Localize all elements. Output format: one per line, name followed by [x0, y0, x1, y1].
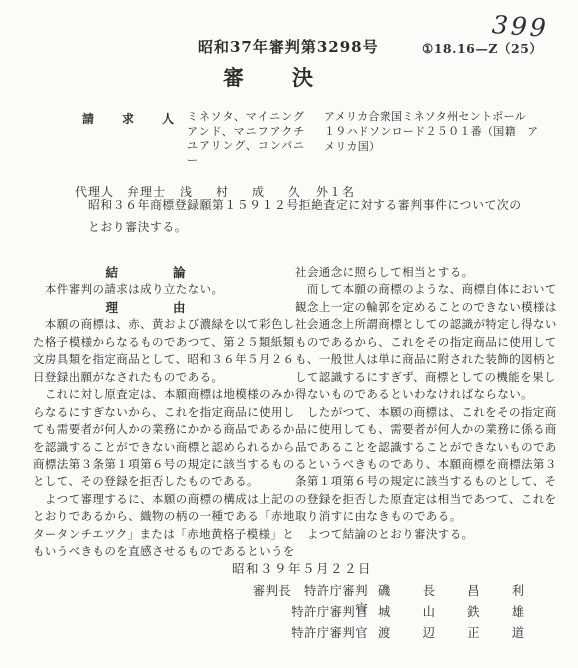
case-number: 昭和37年審判第3298号 — [198, 36, 379, 57]
text-line: 取り消すに由なきものである。 — [295, 508, 571, 525]
claimant-address: アメリカ合衆国ミネソタ州セントポール１９ハドソンロード２５０１番（国籍 アメリカ… — [324, 110, 564, 154]
text-line: したがつて、本願の商標は、これをその指定商 — [295, 404, 571, 421]
text-line: よつて審理するに、本願の商標の構成は上記の — [33, 491, 287, 508]
text-line: 品であることを認識することができないものであ — [295, 439, 571, 456]
signer-name: 渡 辺 正 道 — [378, 623, 534, 641]
signer-row: 特許庁審判官 城 山 鉄 雄 — [248, 602, 534, 623]
decision-document-page: 昭和37年審判第3298号 399 ①18.16—Z（25） 審 決 請 求 人… — [0, 0, 578, 668]
text-line: 品に使用しても、需要者が何人かの業務に係る商 — [295, 421, 571, 438]
text-line: とおりであるから、織物の柄の一種である「赤地 — [33, 508, 287, 525]
text-line: た格子模様からなるものであつて、第２５類紙類 — [33, 334, 287, 351]
signer-row: 審判長 特許庁審判官 磯 長 昌 利 — [248, 581, 534, 602]
text-line: らなるにすぎないから、これを指定商品に使用し — [33, 404, 287, 421]
text-line: 得ないものであるといわなければならない。 — [295, 386, 571, 403]
body-left-column: 結 論 本件審判の請求は成り立たない。 理 由 本願の商標は、赤、黄および濃緑を… — [33, 264, 287, 561]
claimant-label: 請 求 人 — [82, 110, 182, 127]
text-line: 社会通念上所謂商標としての認識が特定し得ない — [295, 316, 571, 333]
text-line: として、その登録を拒否したものである。 — [33, 473, 287, 490]
text-line: よつて結論のとおり審決する。 — [295, 526, 571, 543]
signer-name: 城 山 鉄 雄 — [378, 602, 534, 620]
conclusion-heading: 結 論 — [33, 264, 287, 281]
body-right-column: 社会通念に照らして相当とする。 而して本願の商標のような、商標自体において観念上… — [295, 264, 571, 543]
text-line: 商標法第３条第１項第６号の規定に該当するもの — [33, 456, 287, 473]
document-title: 審 決 — [0, 62, 538, 92]
text-line: １９ハドソンロード２５０１番（国籍 ア — [324, 125, 564, 140]
text-line: も、一般世人は単に商品に附された装飾的図柄と — [295, 351, 571, 368]
reason-text-left: 本願の商標は、赤、黄および濃緑を以て彩色した格子模様からなるものであつて、第２５… — [33, 316, 287, 560]
text-line: して認識するにすぎず、商標としての機能を果し — [295, 369, 571, 386]
text-line: 条第１項第６号の規定に該当するものとして、そ — [295, 473, 571, 490]
text-line: 観念上一定の輪郭を定めることのできない模様は — [295, 299, 571, 316]
text-line: ー — [187, 154, 322, 169]
text-line: 文房具類を指定商品として、昭和３６年５月２６ — [33, 351, 287, 368]
text-line: ミネソタ、マイニング — [187, 110, 322, 125]
text-line: メリカ国） — [324, 140, 564, 155]
signer-name: 磯 長 昌 利 — [378, 581, 534, 599]
conclusion-line: 本件審判の請求は成り立たない。 — [33, 281, 287, 298]
signer-role: 特許庁審判官 — [248, 602, 368, 620]
text-line: 昭和３６年商標登録願第１５９１２号拒絶査定に対する審判事件について次の — [88, 195, 538, 217]
text-line: の登録を拒否した原査定は相当であつて、これを — [295, 491, 571, 508]
text-line: これに対し原査定は、本願商標は地模様のみか — [33, 386, 287, 403]
reason-heading: 理 由 — [33, 299, 287, 316]
text-line: るというべきものであり、本願商標を商標法第３ — [295, 456, 571, 473]
text-line: 社会通念に照らして相当とする。 — [295, 264, 571, 281]
text-line: アンド、マニフアクチ — [187, 125, 322, 140]
signer-row: 特許庁審判官 渡 辺 正 道 — [248, 623, 534, 644]
text-line: タータンチエツク」または「赤地黄格子模様」と — [33, 526, 287, 543]
signer-role: 特許庁審判官 — [248, 623, 368, 641]
text-line: ユアリング、コンパニ — [187, 139, 322, 154]
text-line: 本願の商標は、赤、黄および濃緑を以て彩色し — [33, 316, 287, 333]
text-line: 而して本願の商標のような、商標自体において — [295, 281, 571, 298]
signature-block: 審判長 特許庁審判官 磯 長 昌 利 特許庁審判官 城 山 鉄 雄 特許庁審判官… — [248, 581, 534, 645]
decision-date: 昭和３９年５月２２日 — [232, 559, 372, 577]
claimant-name: ミネソタ、マイニングアンド、マニフアクチユアリング、コンパニー — [187, 110, 322, 168]
text-line: ものであるから、これをその指定商品に使用して — [295, 334, 571, 351]
text-line: 日登録出願がなされたものである。 — [33, 369, 287, 386]
text-line: アメリカ合衆国ミネソタ州セントポール — [324, 110, 564, 125]
text-line: ても需要者が何人かの業務にかかる商品であるか — [33, 421, 287, 438]
handwritten-page-number: 399 — [491, 10, 550, 43]
text-line: とおり審決する。 — [88, 217, 538, 239]
case-intro-paragraph: 昭和３６年商標登録願第１５９１２号拒絶査定に対する審判事件について次のとおり審決… — [88, 195, 538, 238]
text-line: を認識することができない商標と認められるから — [33, 439, 287, 456]
classification-stamp: ①18.16—Z（25） — [422, 39, 542, 57]
reason-text-right: 社会通念に照らして相当とする。 而して本願の商標のような、商標自体において観念上… — [295, 264, 571, 543]
